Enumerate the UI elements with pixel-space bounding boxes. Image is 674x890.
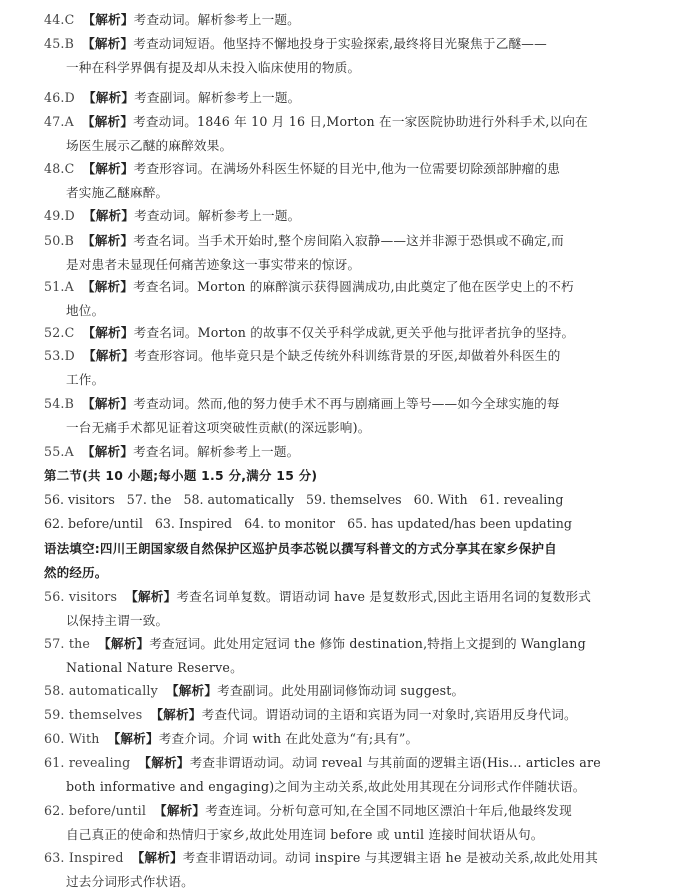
- explanation-text: 考查动词短语。他坚持不懈地投身于实验探索,最终将目光聚焦于乙醚——: [133, 36, 547, 51]
- question-number: 48.C: [44, 161, 74, 176]
- answer-entry-57: 57. the【解析】考查冠词。此处用定冠词 the 修饰 destinatio…: [44, 632, 636, 681]
- answer-entry-60: 60. With【解析】考查介词。介词 with 在此处意为“有;具有”。: [44, 727, 636, 751]
- passage-title-line-2: 然的经历。: [44, 565, 107, 580]
- explanation-continuation: 一种在科学界偶有提及却从未投入临床使用的物质。: [44, 56, 636, 80]
- answer-entry-55: 55.A【解析】考查名词。解析参考上一题。: [44, 440, 636, 464]
- explanation-text: 考查非谓语动词。动词 reveal 与其前面的逻辑主语(His... artic…: [190, 755, 601, 770]
- answer-entry-56: 56. visitors【解析】考查名词单复数。谓语动词 have 是复数形式,…: [44, 585, 636, 634]
- explanation-text: 考查动词。解析参考上一题。: [134, 208, 300, 223]
- question-number: 59. themselves: [44, 707, 142, 722]
- answer-entry-45: 45.B【解析】考查动词短语。他坚持不懈地投身于实验探索,最终将目光聚焦于乙醚—…: [44, 32, 636, 81]
- question-number: 57. the: [44, 636, 90, 651]
- analysis-tag: 【解析】: [82, 36, 133, 51]
- explanation-text: 考查名词单复数。谓语动词 have 是复数形式,因此主语用名词的复数形式: [176, 589, 591, 604]
- explanation-text: 考查动词。解析参考上一题。: [134, 12, 300, 27]
- answer-entry-53: 53.D【解析】考查形容词。他毕竟只是个缺乏传统外科训练背景的牙医,却做着外科医…: [44, 344, 636, 393]
- answer-entry-63: 63. Inspired【解析】考查非谓语动词。动词 inspire 与其逻辑主…: [44, 846, 636, 890]
- question-number: 44.C: [44, 12, 74, 27]
- analysis-tag: 【解析】: [82, 279, 133, 294]
- explanation-text: 考查形容词。他毕竟只是个缺乏传统外科训练背景的牙医,却做着外科医生的: [134, 348, 560, 363]
- answer-entry-46: 46.D【解析】考查副词。解析参考上一题。: [44, 86, 636, 110]
- question-number: 56. visitors: [44, 589, 117, 604]
- answers-line-2: 62. before/until 63. Inspired 64. to mon…: [44, 512, 636, 536]
- answer-entry-52: 52.C【解析】考查名词。Morton 的故事不仅关乎科学成就,更关乎他与批评者…: [44, 321, 636, 345]
- explanation-text: 考查代词。谓语动词的主语和宾语为同一对象时,宾语用反身代词。: [202, 707, 577, 722]
- question-number: 58. automatically: [44, 683, 158, 698]
- analysis-tag: 【解析】: [82, 161, 133, 176]
- explanation-continuation: 过去分词形式作状语。: [44, 870, 636, 890]
- answer-entry-58: 58. automatically【解析】考查副词。此处用副词修饰动词 sugg…: [44, 679, 636, 703]
- passage-title: 语法填空:四川王朗国家级自然保护区巡护员李芯锐以撰写科普文的方式分享其在家乡保护…: [44, 537, 636, 586]
- analysis-tag: 【解析】: [82, 233, 133, 248]
- analysis-tag: 【解析】: [125, 589, 176, 604]
- question-number: 63. Inspired: [44, 850, 124, 865]
- explanation-text: 考查介词。介词 with 在此处意为“有;具有”。: [159, 731, 419, 746]
- explanation-text: 考查副词。此处用副词修饰动词 suggest。: [217, 683, 464, 698]
- analysis-tag: 【解析】: [82, 325, 133, 340]
- explanation-text: 考查名词。当手术开始时,整个房间陷入寂静——这并非源于恐惧或不确定,而: [133, 233, 564, 248]
- analysis-tag: 【解析】: [154, 803, 205, 818]
- analysis-tag: 【解析】: [138, 755, 189, 770]
- explanation-text: 考查副词。解析参考上一题。: [134, 90, 300, 105]
- analysis-tag: 【解析】: [82, 12, 133, 27]
- analysis-tag: 【解析】: [98, 636, 149, 651]
- explanation-continuation: 工作。: [44, 368, 636, 392]
- answer-key-page: 44.C【解析】考查动词。解析参考上一题。 45.B【解析】考查动词短语。他坚持…: [0, 0, 674, 890]
- analysis-tag: 【解析】: [108, 731, 159, 746]
- explanation-text: 考查冠词。此处用定冠词 the 修饰 destination,特指上文提到的 W…: [149, 636, 586, 651]
- answer-entry-49: 49.D【解析】考查动词。解析参考上一题。: [44, 204, 636, 228]
- analysis-tag: 【解析】: [83, 90, 134, 105]
- explanation-continuation: 者实施乙醚麻醉。: [44, 181, 636, 205]
- explanation-text: 考查名词。Morton 的故事不仅关乎科学成就,更关乎他与批评者抗争的坚持。: [134, 325, 575, 340]
- question-number: 45.B: [44, 36, 74, 51]
- analysis-tag: 【解析】: [83, 208, 134, 223]
- question-number: 53.D: [44, 348, 75, 363]
- answer-entry-59: 59. themselves【解析】考查代词。谓语动词的主语和宾语为同一对象时,…: [44, 703, 636, 727]
- explanation-continuation: 一台无痛手术都见证着这项突破性贡献(的深远影响)。: [44, 416, 636, 440]
- question-number: 49.D: [44, 208, 75, 223]
- explanation-continuation: 是对患者未显现任何痛苦迹象这一事实带来的惊讶。: [44, 253, 636, 277]
- question-number: 55.A: [44, 444, 74, 459]
- passage-title-line-1: 语法填空:四川王朗国家级自然保护区巡护员李芯锐以撰写科普文的方式分享其在家乡保护…: [44, 541, 557, 556]
- answer-entry-62: 62. before/until【解析】考查连词。分析句意可知,在全国不同地区漂…: [44, 799, 636, 848]
- explanation-text: 考查动词。1846 年 10 月 16 日,Morton 在一家医院协助进行外科…: [133, 114, 588, 129]
- analysis-tag: 【解析】: [82, 444, 133, 459]
- explanation-continuation: both informative and engaging)之间为主动关系,故此…: [44, 775, 636, 799]
- explanation-text: 考查动词。然而,他的努力使手术不再与剧痛画上等号——如今全球实施的每: [133, 396, 559, 411]
- question-number: 61. revealing: [44, 755, 130, 770]
- analysis-tag: 【解析】: [82, 114, 133, 129]
- explanation-text: 考查名词。解析参考上一题。: [133, 444, 299, 459]
- analysis-tag: 【解析】: [166, 683, 217, 698]
- analysis-tag: 【解析】: [83, 348, 134, 363]
- answer-entry-47: 47.A【解析】考查动词。1846 年 10 月 16 日,Morton 在一家…: [44, 110, 636, 159]
- analysis-tag: 【解析】: [132, 850, 183, 865]
- question-number: 54.B: [44, 396, 74, 411]
- explanation-continuation: National Nature Reserve。: [44, 656, 636, 680]
- explanation-continuation: 地位。: [44, 299, 636, 323]
- answer-entry-51: 51.A【解析】考查名词。Morton 的麻醉演示获得圆满成功,由此奠定了他在医…: [44, 275, 636, 324]
- explanation-text: 考查连词。分析句意可知,在全国不同地区漂泊十年后,他最终发现: [205, 803, 572, 818]
- explanation-text: 考查非谓语动词。动词 inspire 与其逻辑主语 he 是被动关系,故此处用其: [183, 850, 598, 865]
- explanation-text: 考查形容词。在满场外科医生怀疑的目光中,他为一位需要切除颈部肿瘤的患: [134, 161, 560, 176]
- answer-entry-44: 44.C【解析】考查动词。解析参考上一题。: [44, 8, 636, 32]
- question-number: 52.C: [44, 325, 74, 340]
- answers-line-1: 56. visitors 57. the 58. automatically 5…: [44, 488, 636, 512]
- answer-entry-48: 48.C【解析】考查形容词。在满场外科医生怀疑的目光中,他为一位需要切除颈部肿瘤…: [44, 157, 636, 206]
- question-number: 60. With: [44, 731, 100, 746]
- explanation-text: 考查名词。Morton 的麻醉演示获得圆满成功,由此奠定了他在医学史上的不朽: [133, 279, 574, 294]
- question-number: 51.A: [44, 279, 74, 294]
- analysis-tag: 【解析】: [82, 396, 133, 411]
- answer-entry-50: 50.B【解析】考查名词。当手术开始时,整个房间陷入寂静——这并非源于恐惧或不确…: [44, 229, 636, 278]
- answer-entry-54: 54.B【解析】考查动词。然而,他的努力使手术不再与剧痛画上等号——如今全球实施…: [44, 392, 636, 441]
- analysis-tag: 【解析】: [150, 707, 201, 722]
- explanation-continuation: 以保持主谓一致。: [44, 609, 636, 633]
- answer-entry-61: 61. revealing【解析】考查非谓语动词。动词 reveal 与其前面的…: [44, 751, 636, 800]
- question-number: 62. before/until: [44, 803, 146, 818]
- section-heading: 第二节(共 10 小题;每小题 1.5 分,满分 15 分): [44, 464, 636, 488]
- question-number: 47.A: [44, 114, 74, 129]
- question-number: 50.B: [44, 233, 74, 248]
- explanation-continuation: 自己真正的使命和热情归于家乡,故此处用连词 before 或 until 连接时…: [44, 823, 636, 847]
- explanation-continuation: 场医生展示乙醚的麻醉效果。: [44, 134, 636, 158]
- question-number: 46.D: [44, 90, 75, 105]
